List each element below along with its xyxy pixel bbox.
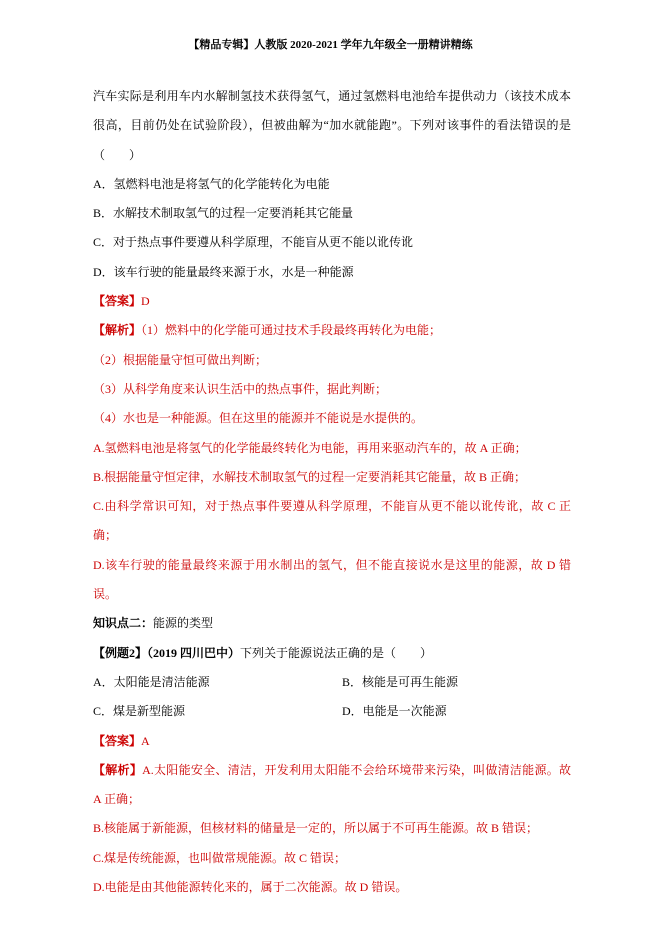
- question1-stem: 汽车实际是利用车内水解制氢技术获得氢气，通过氢燃料电池给车提供动力（该技术成本很…: [93, 82, 571, 170]
- question1-analysis-option-a: A.氢燃料电池是将氢气的化学能最终转化为电能，再用来驱动汽车的，故 A 正确；: [93, 434, 571, 463]
- question2-option-a: A．太阳能是清洁能源: [93, 668, 342, 697]
- question2-analysis-option-c: C.煤是传统能源，也叫做常规能源。故 C 错误；: [93, 844, 571, 873]
- question1-option-c: C．对于热点事件要遵从科学原理，不能盲从更不能以讹传讹: [93, 228, 571, 257]
- question1-option-a: A．氢燃料电池是将氢气的化学能转化为电能: [93, 170, 571, 199]
- question1-analysis-option-c: C.由科学常识可知，对于热点事件要遵从科学原理，不能盲从更不能以讹传讹，故 C …: [93, 492, 571, 551]
- question2-option-c: C．煤是新型能源: [93, 697, 342, 726]
- section-label: 知识点二：: [93, 616, 153, 630]
- question2-option-b: B．核能是可再生能源: [342, 668, 458, 697]
- answer-label: 【答案】: [93, 734, 141, 748]
- question2-option-row-2: C．煤是新型能源 D．电能是一次能源: [93, 697, 571, 726]
- question1-option-d: D．该车行驶的能量最终来源于水，水是一种能源: [93, 258, 571, 287]
- question1-analysis-line-4: （4）水也是一种能源。但在这里的能源并不能说是水提供的。: [93, 404, 571, 433]
- question2-tag: 【例题2】（2019 四川巴中）: [93, 646, 240, 660]
- document-content: 汽车实际是利用车内水解制氢技术获得氢气，通过氢燃料电池给车提供动力（该技术成本很…: [93, 82, 571, 902]
- question2-stem: 【例题2】（2019 四川巴中）下列关于能源说法正确的是（ ）: [93, 639, 571, 668]
- question2-answer-value: A: [141, 734, 150, 748]
- question1-analysis-line-1: 【解析】（1）燃料中的化学能可通过技术手段最终再转化为电能；: [93, 316, 571, 345]
- analysis-label: 【解析】: [93, 763, 142, 777]
- section-title: 能源的类型: [153, 616, 213, 630]
- question1-analysis-line-2: （2）根据能量守恒可做出判断；: [93, 346, 571, 375]
- page-header: 【精品专辑】人教版 2020-2021 学年九年级全一册精讲精练: [0, 0, 661, 52]
- document-page: 【精品专辑】人教版 2020-2021 学年九年级全一册精讲精练 汽车实际是利用…: [0, 0, 661, 935]
- question2-stem-text: 下列关于能源说法正确的是（ ）: [240, 646, 432, 660]
- analysis-label: 【解析】: [93, 323, 141, 337]
- question2-analysis-option-b: B.核能属于新能源，但核材料的储量是一定的，所以属于不可再生能源。故 B 错误；: [93, 814, 571, 843]
- question2-analysis-line-1: 【解析】A.太阳能安全、清洁，开发利用太阳能不会给环境带来污染，叫做清洁能源。故…: [93, 756, 571, 815]
- question2-option-row-1: A．太阳能是清洁能源 B．核能是可再生能源: [93, 668, 571, 697]
- question1-analysis-line-3: （3）从科学角度来认识生活中的热点事件，据此判断；: [93, 375, 571, 404]
- question2-answer-line: 【答案】A: [93, 727, 571, 756]
- answer-label: 【答案】: [93, 294, 141, 308]
- question2-analysis-first: A.太阳能安全、清洁，开发利用太阳能不会给环境带来污染，叫做清洁能源。故 A 正…: [93, 763, 571, 806]
- question1-answer-line: 【答案】D: [93, 287, 571, 316]
- question1-analysis-option-d: D.该车行驶的能量最终来源于用水制出的氢气，但不能直接说水是这里的能源，故 D …: [93, 551, 571, 610]
- question2-analysis-option-d: D.电能是由其他能源转化来的，属于二次能源。故 D 错误。: [93, 873, 571, 902]
- question2-option-d: D．电能是一次能源: [342, 697, 447, 726]
- section-heading: 知识点二：能源的类型: [93, 609, 571, 638]
- question1-analysis-option-b: B.根据能量守恒定律，水解技术制取氢气的过程一定要消耗其它能量，故 B 正确；: [93, 463, 571, 492]
- question1-analysis-first: （1）燃料中的化学能可通过技术手段最终再转化为电能；: [141, 323, 441, 337]
- question1-answer-value: D: [141, 294, 150, 308]
- question1-option-b: B．水解技术制取氢气的过程一定要消耗其它能量: [93, 199, 571, 228]
